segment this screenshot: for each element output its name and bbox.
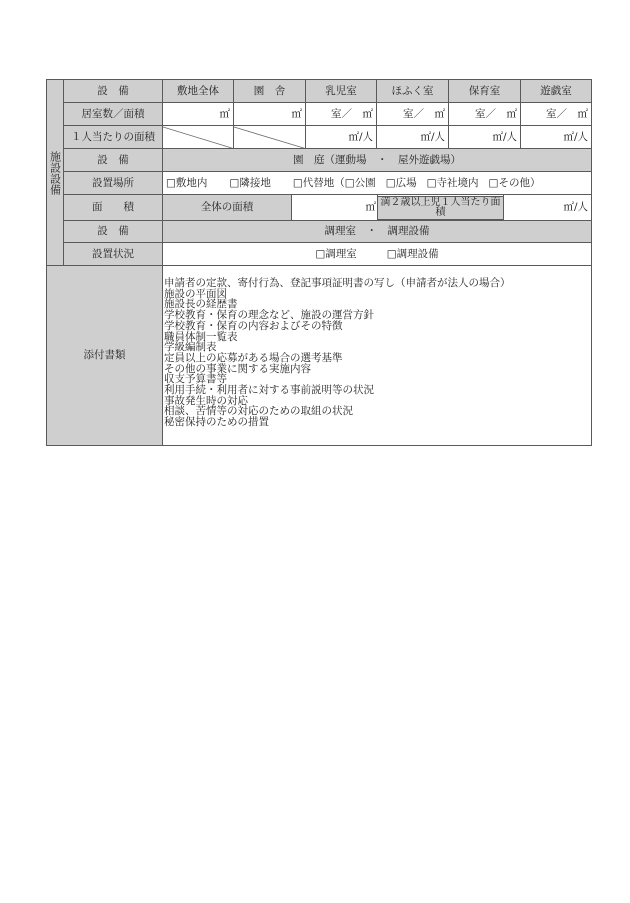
application-form-page: 施設設備 設 備 敷地全体 園 舎 乳児室 ほふく室 保育室 遊戯室 居室数／面… [0, 0, 630, 903]
column-header-text: ほふく室 [392, 85, 434, 97]
playroom-count-area-input[interactable]: 室／ ㎡ [520, 102, 592, 126]
per-child-area-input[interactable]: ㎡/人 [503, 194, 592, 221]
area-label: 面 積 [63, 194, 163, 221]
unit-text: ㎡/人 [563, 201, 588, 213]
column-header-text: 乳児室 [325, 85, 357, 97]
diagonal-strike-icon [234, 126, 306, 149]
attachments-label: 添付書類 [46, 265, 163, 446]
location-options: □敷地内 □隣接地 □代替地（□公園 □広場 □寺社境内 □その他） [162, 171, 592, 195]
column-header-playroom: 遊戯室 [520, 79, 592, 103]
kitchen-equipment-label: 設 備 [63, 220, 163, 243]
location-checkbox-adjacent[interactable]: □隣接地 [229, 177, 270, 189]
row-label-text: 設置状況 [92, 248, 134, 260]
unit-text: ㎡ [366, 201, 377, 213]
building-area-input[interactable]: ㎡ [233, 102, 306, 126]
column-header-text: 遊戯室 [540, 85, 572, 97]
unit-text: ㎡/人 [348, 131, 373, 143]
nursery-room-per-person-input[interactable]: ㎡/人 [448, 125, 521, 149]
total-area-label-text: 全体の面積 [201, 201, 254, 213]
unit-text: ㎡/人 [492, 131, 517, 143]
yard-header-text: 園 庭（運動場 ・ 屋外遊戯場） [293, 154, 461, 166]
location-checkbox-on-site[interactable]: □敷地内 [166, 177, 207, 189]
column-header-infant-room: 乳児室 [305, 79, 377, 103]
row-label-text: 設 備 [97, 85, 129, 97]
attachment-item: 学校教育・保育の内容およびその特徴 [164, 321, 343, 332]
row-label-text: 設置場所 [92, 177, 134, 189]
diagonal-strike-icon [163, 126, 234, 149]
unit-text: ㎡/人 [420, 131, 445, 143]
column-header-crawling-room: ほふく室 [376, 79, 449, 103]
nursery-room-count-area-input[interactable]: 室／ ㎡ [448, 102, 521, 126]
total-area-input[interactable]: ㎡ [291, 194, 378, 221]
rooms-area-label: 居室数／面積 [63, 102, 163, 126]
unit-text: 室／ ㎡ [331, 108, 373, 120]
row-label-text: 設 備 [97, 225, 129, 237]
column-header-building: 園 舎 [233, 79, 306, 103]
yard-header: 園 庭（運動場 ・ 屋外遊戯場） [162, 148, 592, 172]
crawling-room-count-area-input[interactable]: 室／ ㎡ [376, 102, 449, 126]
infant-room-count-area-input[interactable]: 室／ ㎡ [305, 102, 377, 126]
row-label-text: 面 積 [92, 201, 134, 213]
site-per-person-na-cell [162, 125, 234, 149]
column-header-text: 敷地全体 [177, 85, 219, 97]
row-label-text: 設 備 [97, 154, 129, 166]
playroom-per-person-input[interactable]: ㎡/人 [520, 125, 592, 149]
unit-text: ㎡ [220, 108, 231, 120]
equipment-header-label: 設 備 [63, 79, 163, 103]
total-area-label: 全体の面積 [162, 194, 292, 221]
crawling-room-per-person-input[interactable]: ㎡/人 [376, 125, 449, 149]
column-header-text: 保育室 [469, 85, 501, 97]
column-header-text: 園 舎 [254, 85, 286, 97]
location-checkbox-square[interactable]: □広場 [386, 177, 417, 189]
kitchen-status-options: □調理室 □調理設備 [162, 242, 592, 266]
facility-group-label-text: 施設設備 [50, 151, 61, 195]
attachments-label-text: 添付書類 [84, 349, 126, 361]
kitchen-status-label: 設置状況 [63, 242, 163, 266]
infant-room-per-person-input[interactable]: ㎡/人 [305, 125, 377, 149]
row-label-text: １人当たりの面積 [71, 131, 155, 143]
unit-text: 室／ ㎡ [546, 108, 588, 120]
yard-equipment-label: 設 備 [63, 148, 163, 172]
column-header-nursery-room: 保育室 [448, 79, 521, 103]
location-label: 設置場所 [63, 171, 163, 195]
kitchen-equipment-checkbox[interactable]: □調理設備 [387, 248, 439, 260]
attachment-item: 秘密保持のための措置 [164, 417, 269, 428]
unit-text: ㎡/人 [563, 131, 588, 143]
column-header-site: 敷地全体 [162, 79, 234, 103]
unit-text: 室／ ㎡ [403, 108, 445, 120]
unit-text: 室／ ㎡ [475, 108, 517, 120]
building-per-person-na-cell [233, 125, 306, 149]
facility-group-label: 施設設備 [46, 79, 64, 266]
kitchen-header: 調理室 ・ 調理設備 [162, 220, 592, 243]
unit-text: ㎡ [292, 108, 303, 120]
site-area-input[interactable]: ㎡ [162, 102, 234, 126]
per-child-area-label-text: 満２歳以上児１人当たり面積 [380, 198, 501, 218]
per-child-area-label: 満２歳以上児１人当たり面積 [377, 196, 504, 220]
location-checkbox-other[interactable]: □その他） [489, 177, 541, 189]
attachments-list: 申請者の定款、寄付行為、登記事項証明書の写し（申請者が法人の場合） 施設の平面図… [162, 265, 592, 446]
per-person-area-label: １人当たりの面積 [63, 125, 163, 149]
kitchen-room-checkbox[interactable]: □調理室 [315, 248, 356, 260]
location-checkbox-alternative-park[interactable]: □代替地（□公園 [293, 177, 376, 189]
location-checkbox-temple-grounds[interactable]: □寺社境内 [427, 177, 479, 189]
kitchen-header-text: 調理室 ・ 調理設備 [325, 225, 430, 237]
row-label-text: 居室数／面積 [82, 108, 145, 120]
